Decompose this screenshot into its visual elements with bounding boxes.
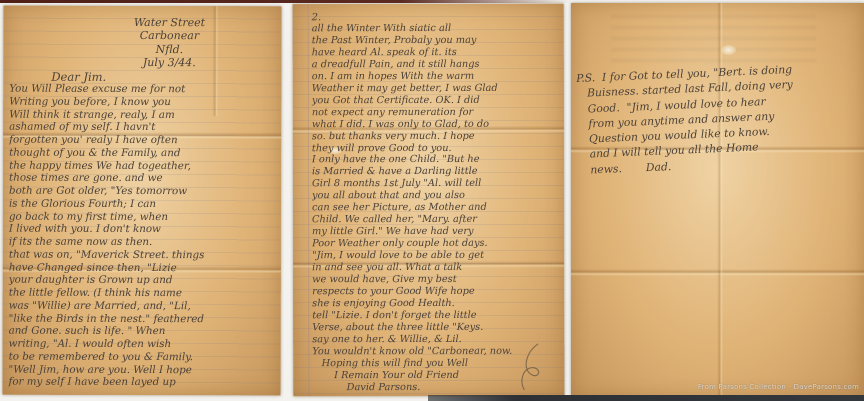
heading-line: July 3/44. (108, 56, 230, 70)
letter-line: have Changed since then, "Lizie (9, 261, 279, 274)
letter-line: to be remembered to you & Family. (9, 350, 279, 363)
letter-line: not expect any remuneration for (312, 106, 562, 118)
letter-line: those times are gone. and we (9, 172, 279, 185)
letter-line: Weather it may get better, I was Glad (312, 83, 562, 95)
letter-line: you Got that Certificate. OK. I did (312, 94, 562, 106)
letter-line: Child. We called her, "Mary. after (312, 214, 562, 226)
letter-line: forgotten you' realy I have often (9, 134, 279, 147)
letter-line: writing, "Al. I would often wish (9, 338, 279, 351)
letter-line: that was on, "Maverick Street. things (9, 248, 279, 261)
heading-line: Water Street (108, 16, 230, 30)
letter-line: "Well Jim, how are you. Well I hope (9, 363, 279, 376)
paper-blemish (721, 45, 736, 55)
letter-line: on. I am in hopes With the warm (312, 71, 562, 83)
letter-line: I lived with you. I don't know (9, 223, 279, 236)
letter-line: go back to my first time, when (9, 210, 279, 223)
fold-crease (571, 269, 864, 276)
letter-line: the Past Winter, Probaly you may (312, 35, 562, 47)
letter-line: tell "Lizie. I don't forget the little (312, 310, 562, 322)
postscript: P.S. I for Got to tell you, "Bert. is do… (576, 59, 864, 178)
letter-page-1: Water StreetCarbonearNfld.July 3/44. Dea… (2, 6, 281, 396)
letter-line: Girl 8 months 1st July "Al. will tell (312, 178, 562, 190)
collection-watermark: From Parsons Collection - DaveParsons.co… (698, 383, 859, 391)
heading-line: Carbonear (108, 29, 230, 43)
letter-line: Verse, about the three little "Keys. (312, 322, 562, 334)
letter-body-page1: You Will Please excuse me for notWriting… (9, 83, 280, 390)
letter-line: "Jim, I would love to be able to get (312, 250, 562, 262)
letter-line: You Will Please excuse me for not (9, 83, 279, 96)
letter-page-3: P.S. I for Got to tell you, "Bert. is do… (571, 3, 864, 397)
letter-line: thought of you & the Family, and (9, 146, 279, 159)
heading-line: Nfld. (108, 43, 230, 57)
letter-line: is Married & have a Darling little (312, 166, 562, 178)
signature-flourish (512, 342, 546, 392)
page-number: 2. (312, 12, 322, 23)
letter-line: "like the Birds in the nest." feathered (9, 312, 279, 325)
letter-line: the happy times We had togeather, (9, 159, 279, 172)
letter-line: they will prove Good to you. (312, 142, 562, 154)
letter-line: all the Winter With siatic all (312, 23, 562, 35)
ink-bleedthrough (611, 11, 816, 67)
fold-crease-vertical (717, 3, 723, 397)
letter-line: my little Girl." We have had very (312, 226, 562, 238)
letter-line: can see her Picture, as Mother and (312, 202, 562, 214)
letter-line: was "Willie) are Married, and, "Lil, (9, 299, 279, 312)
letter-body-page2: all the Winter With siatic allthe Past W… (312, 23, 563, 394)
scan-edge-bottom (428, 395, 864, 401)
letter-line: have heard Al. speak of it. its (312, 47, 562, 59)
letter-line: and Gone. such is life. " When (9, 325, 279, 338)
letter-page-2: 2. all the Winter With siatic allthe Pas… (293, 4, 565, 396)
letter-line: ashamed of my self. I havn't (9, 121, 279, 134)
letter-line: Will think it strange, realy, I am (9, 108, 279, 121)
letter-line: she is enjoying Good Health. (312, 298, 562, 310)
letter-line: a dreadfull Pain, and it still hangs (312, 59, 562, 71)
letter-line: if its the same now as then. (9, 236, 279, 249)
letter-line: so. but thanks very much. I hope (312, 130, 562, 142)
margin-line (308, 4, 310, 396)
letter-line: your daughter is Grown up and (9, 274, 279, 287)
letter-line: in and see you all. What a talk (312, 262, 562, 274)
letter-line: respects to your Good Wife hope (312, 286, 562, 298)
salutation: Dear Jim. (51, 70, 106, 84)
letter-line: is the Glorious Fourth; I can (9, 197, 279, 210)
letter-line: I only have the one Child. "But he (312, 154, 562, 166)
letter-heading: Water StreetCarbonearNfld.July 3/44. (108, 16, 230, 70)
letter-line: for my self I have been layed up (9, 376, 279, 389)
letter-line: Poor Weather only couple hot days. (312, 238, 562, 250)
scan-edge-top (0, 0, 572, 3)
letter-line: what I did. I was only to Glad, to do (312, 118, 562, 130)
letter-line: both are Got older, "Yes tomorrow (9, 185, 279, 198)
letter-line: we would have, Give my best (312, 274, 562, 286)
letter-line: Writing you before, I know you (9, 95, 279, 108)
letter-line: you all about that and you also (312, 190, 562, 202)
letter-line: the little fellow. (I think his name (9, 287, 279, 300)
